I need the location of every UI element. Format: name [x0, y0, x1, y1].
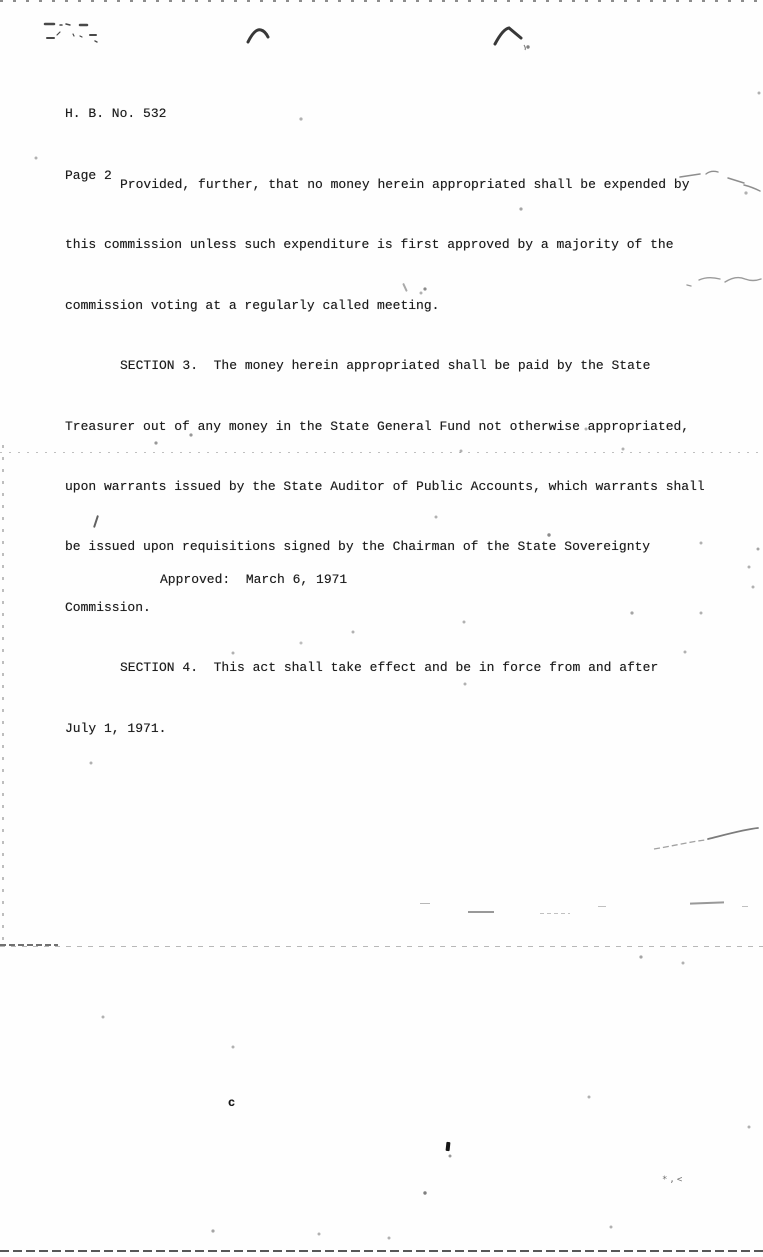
bottom-right-specks: *,<: [662, 1175, 684, 1185]
body-line: Treasurer out of any money in the State …: [65, 412, 730, 442]
body-line: Provided, further, that no money herein …: [65, 170, 730, 200]
body-line: SECTION 4. This act shall take effect an…: [65, 653, 730, 683]
faint-dash-mark: [420, 903, 430, 904]
body-line: be issued upon requisitions signed by th…: [65, 532, 730, 562]
pen-swoosh-mark: [650, 825, 763, 855]
faint-dash-mark: [598, 906, 606, 907]
pencil-scribble-mark: [33, 18, 103, 48]
fold-line-dashed-lower: [0, 946, 763, 947]
body-line: SECTION 3. The money herein appropriated…: [65, 351, 730, 381]
scan-noise-speckles: [0, 0, 2, 2]
faint-dash-mark: [690, 901, 724, 904]
body-line: July 1, 1971.: [65, 714, 730, 744]
faint-dash-mark: [540, 913, 570, 914]
body-line: this commission unless such expenditure …: [65, 230, 730, 260]
scanned-document-page: H. B. No. 532 Page 2 Provided, further, …: [0, 0, 763, 1257]
stray-letter-c: c: [228, 1096, 235, 1110]
fold-line-dark-left-cap: [0, 944, 58, 946]
scan-edge-dotted-line-left: [2, 445, 4, 945]
scan-edge-dashed-line-bottom: [0, 1250, 763, 1252]
body-line: Commission.: [65, 593, 730, 623]
approval-line: Approved: March 6, 1971: [160, 572, 347, 587]
ink-blob-mark: [446, 1142, 451, 1151]
scan-edge-dotted-line-top: [0, 0, 763, 2]
faint-dash-mark: [742, 906, 748, 907]
document-body: Provided, further, that no money herein …: [65, 140, 730, 774]
body-line: upon warrants issued by the State Audito…: [65, 472, 730, 502]
faint-dash-mark: [468, 911, 494, 913]
pen-arc-mark-right: [492, 24, 526, 52]
body-line: commission voting at a regularly called …: [65, 291, 730, 321]
bill-number: H. B. No. 532: [65, 104, 166, 125]
pen-arc-mark-left: [246, 25, 272, 45]
